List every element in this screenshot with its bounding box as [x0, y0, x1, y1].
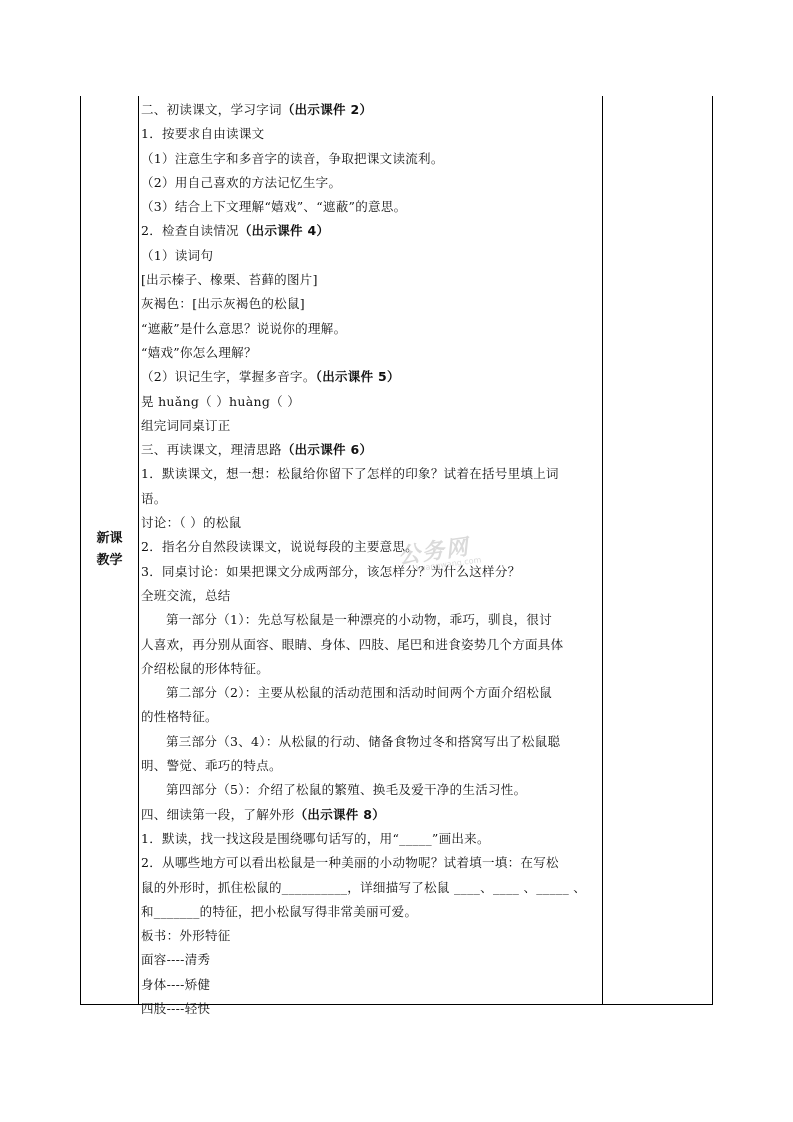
content-line: 讨论：（ ）的松鼠: [141, 511, 601, 535]
content-line: （2）识记生字，掌握多音字。（出示课件 5）: [141, 365, 601, 389]
content-line: 二、初读课文，学习字词（出示课件 2）: [141, 98, 601, 122]
content-line: 组完词同桌订正: [141, 414, 601, 438]
section-label: 新课教学: [95, 528, 125, 572]
line-text: 板书：外形特征: [141, 928, 231, 943]
content-line: 面容----清秀: [141, 948, 601, 972]
part-summary-line: 第四部分（5）：介绍了松鼠的繁殖、换毛及爱干净的生活习性。: [141, 778, 601, 802]
courseware-reference: （出示课件 5）: [316, 369, 400, 384]
line-text: 语。: [141, 491, 167, 506]
part-summary-line: 的性格特征。: [141, 705, 601, 729]
line-text: 讨论：（ ）的松鼠: [141, 515, 241, 530]
line-text: 二、初读课文，学习字词: [141, 102, 282, 117]
line-text: 1．默读，找一找这段是围绕哪句话写的，用“_____”画出来。: [141, 831, 490, 846]
content-line: 四肢----轻快: [141, 997, 601, 1021]
content-line: 身体----矫健: [141, 973, 601, 997]
content-line: 2．从哪些地方可以看出松鼠是一种美丽的小动物呢？试着填一填：在写松: [141, 851, 601, 875]
line-text: “遮蔽”是什么意思？说说你的理解。: [141, 321, 346, 336]
courseware-reference: （出示课件 8）: [295, 807, 385, 822]
line-text: 晃 huǎng（ ）huàng（ ）: [141, 394, 300, 409]
line-text: 1．按要求自由读课文: [141, 126, 264, 141]
content-line: 全班交流，总结: [141, 584, 601, 608]
line-text: （2）用自己喜欢的方法记忆生字。: [141, 175, 341, 190]
part-summary-line: 第三部分（3、4）：从松鼠的行动、储备食物过冬和搭窝写出了松鼠聪: [141, 730, 601, 754]
courseware-reference: （出示课件 4）: [239, 223, 329, 238]
part-summary-line: 第二部分（2）：主要从松鼠的活动范围和活动时间两个方面介绍松鼠: [141, 681, 601, 705]
part-summary-line: 第一部分（1）：先总写松鼠是一种漂亮的小动物，乖巧，驯良，很讨: [141, 608, 601, 632]
line-text: （3）结合上下文理解“嬉戏”、“遮蔽”的意思。: [141, 199, 406, 214]
content-line: 1．按要求自由读课文: [141, 122, 601, 146]
line-text: “嬉戏”你怎么理解？: [141, 345, 257, 360]
part-summary-line: 人喜欢，再分别从面容、眼睛、身体、四肢、尾巴和进食姿势几个方面具体: [141, 633, 601, 657]
line-text: 身体----矫健: [141, 977, 210, 992]
line-text: （1）注意生字和多音字的读音，争取把课文读流利。: [141, 151, 444, 166]
line-text: 组完词同桌订正: [141, 418, 231, 433]
content-line: “嬉戏”你怎么理解？: [141, 341, 601, 365]
line-text: [出示榛子、橡栗、苔藓的图片]: [141, 272, 318, 287]
content-line: 2．检查自读情况（出示课件 4）: [141, 219, 601, 243]
line-text: 四肢----轻快: [141, 1001, 210, 1016]
line-text: 鼠的外形时，抓住松鼠的__________，详细描写了松鼠 ____、____ …: [141, 880, 586, 895]
line-text: 1．默读课文，想一想：松鼠给你留下了怎样的印象？试着在括号里填上词: [141, 466, 559, 481]
content-line: 板书：外形特征: [141, 924, 601, 948]
courseware-reference: （出示课件 2）: [282, 102, 372, 117]
content-line: 三、再读课文，理清思路（出示课件 6）: [141, 438, 601, 462]
content-line: 语。: [141, 487, 601, 511]
content-line: 四、细读第一段，了解外形（出示课件 8）: [141, 803, 601, 827]
line-text: 面容----清秀: [141, 952, 210, 967]
line-text: 全班交流，总结: [141, 588, 231, 603]
lesson-content-cell: 二、初读课文，学习字词（出示课件 2）1．按要求自由读课文（1）注意生字和多音字…: [141, 98, 601, 1021]
line-text: 和_______的特征，把小松鼠写得非常美丽可爱。: [141, 904, 417, 919]
content-line: 和_______的特征，把小松鼠写得非常美丽可爱。: [141, 900, 601, 924]
content-line: 灰褐色：[出示灰褐色的松鼠]: [141, 292, 601, 316]
content-line: [出示榛子、橡栗、苔藓的图片]: [141, 268, 601, 292]
content-line: （1）读词句: [141, 244, 601, 268]
content-line: 3．同桌讨论：如果把课文分成两部分，该怎样分？为什么这样分？: [141, 560, 601, 584]
document-page: 新课教学 二、初读课文，学习字词（出示课件 2）1．按要求自由读课文（1）注意生…: [0, 0, 793, 1122]
part-summary-line: 明、警觉、乖巧的特点。: [141, 754, 601, 778]
line-text: 2．从哪些地方可以看出松鼠是一种美丽的小动物呢？试着填一填：在写松: [141, 855, 559, 870]
line-text: （1）读词句: [141, 248, 213, 263]
content-line: “遮蔽”是什么意思？说说你的理解。: [141, 317, 601, 341]
content-line: （3）结合上下文理解“嬉戏”、“遮蔽”的意思。: [141, 195, 601, 219]
line-text: 四、细读第一段，了解外形: [141, 807, 295, 822]
content-line: 鼠的外形时，抓住松鼠的__________，详细描写了松鼠 ____、____ …: [141, 876, 601, 900]
line-text: 三、再读课文，理清思路: [141, 442, 282, 457]
content-line: （1）注意生字和多音字的读音，争取把课文读流利。: [141, 147, 601, 171]
line-text: 灰褐色：[出示灰褐色的松鼠]: [141, 296, 305, 311]
line-text: 3．同桌讨论：如果把课文分成两部分，该怎样分？为什么这样分？: [141, 564, 520, 579]
notes-cell: [603, 96, 712, 1004]
column-divider: [138, 96, 139, 1004]
content-line: 2．指名分自然段读课文，说说每段的主要意思。: [141, 535, 601, 559]
courseware-reference: （出示课件 6）: [282, 442, 372, 457]
content-line: （2）用自己喜欢的方法记忆生字。: [141, 171, 601, 195]
part-summary-line: 介绍松鼠的形体特征。: [141, 657, 601, 681]
line-text: 2．指名分自然段读课文，说说每段的主要意思。: [141, 539, 418, 554]
content-line: 晃 huǎng（ ）huàng（ ）: [141, 390, 601, 414]
lesson-plan-table: 新课教学 二、初读课文，学习字词（出示课件 2）1．按要求自由读课文（1）注意生…: [80, 96, 713, 1005]
line-text: 2．检查自读情况: [141, 223, 239, 238]
content-line: 1．默读课文，想一想：松鼠给你留下了怎样的印象？试着在括号里填上词: [141, 462, 601, 486]
section-label-cell: 新课教学: [81, 96, 138, 1004]
line-text: （2）识记生字，掌握多音字。: [141, 369, 316, 384]
content-line: 1．默读，找一找这段是围绕哪句话写的，用“_____”画出来。: [141, 827, 601, 851]
